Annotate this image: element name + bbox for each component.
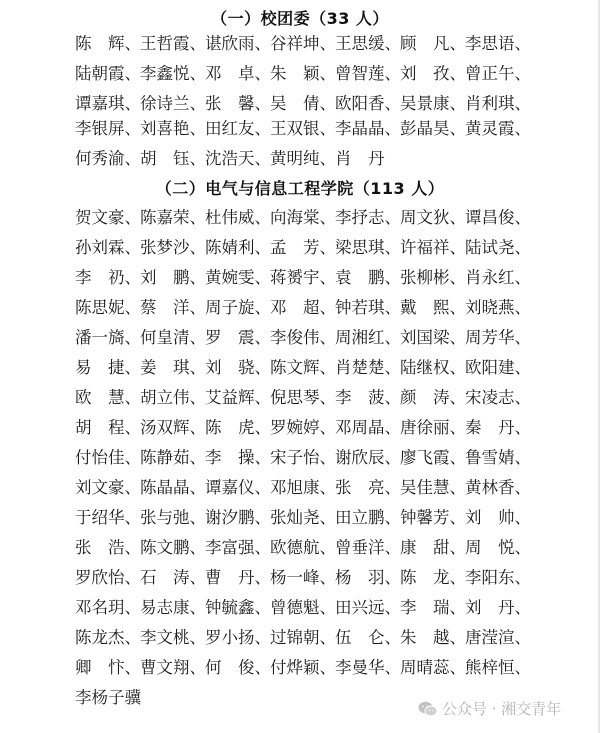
name-separator: 、 [320, 208, 337, 227]
name-separator: 、 [320, 328, 337, 347]
name-separator: 、 [190, 448, 207, 467]
person-name-text: 刘国梁 [400, 327, 450, 349]
name-separator: 、 [450, 358, 467, 377]
person-name: 朱颖、 [270, 63, 335, 85]
name-separator: 、 [190, 238, 207, 257]
person-name: 曾德魁、 [270, 597, 335, 619]
person-name-text: 钟毓鑫 [205, 597, 255, 619]
person-name: 刘喜艳、 [140, 118, 205, 140]
document-page: （一）校团委（33 人）陈辉、王哲霞、谌欣雨、谷祥坤、王思缓、顾凡、李思语、陆朝… [0, 0, 600, 733]
person-name: 周悦、 [465, 537, 530, 559]
name-separator: 、 [255, 298, 272, 317]
person-name-text: 沈浩天 [205, 148, 255, 170]
person-name: 陈嘉荣、 [140, 207, 205, 229]
name-separator: 、 [450, 119, 467, 138]
person-name: 黄明纯、 [270, 148, 335, 170]
person-name: 黄婉雯、 [205, 267, 270, 289]
name-separator: 、 [125, 358, 142, 377]
person-name: 潘一旖、 [75, 327, 140, 349]
person-name: 曹丹、 [205, 567, 270, 589]
person-name-text: 过锦朝 [270, 627, 320, 649]
person-name: 肖利琪、 [465, 93, 530, 115]
person-name: 过锦朝、 [270, 627, 335, 649]
name-row: 欧慧、胡立伟、艾益辉、倪思琴、李菠、颜涛、宋凌志、 [75, 387, 530, 409]
person-name: 陆继权、 [400, 357, 465, 379]
person-name: 钟馨芳、 [400, 507, 465, 529]
person-name: 田立鹏、 [335, 507, 400, 529]
person-name-text: 周悦 [465, 537, 515, 559]
person-name: 刘帅、 [465, 507, 530, 529]
name-separator: 、 [255, 418, 272, 437]
person-name-text: 肖丹 [335, 148, 385, 170]
person-name: 田红友、 [205, 118, 270, 140]
name-separator: 、 [190, 508, 207, 527]
person-name-text: 刘丹 [465, 597, 515, 619]
person-name-text: 姜琪 [140, 357, 190, 379]
name-separator: 、 [385, 448, 402, 467]
name-separator: 、 [385, 208, 402, 227]
name-separator: 、 [255, 628, 272, 647]
person-name-text: 李晶晶 [335, 118, 385, 140]
person-name: 陆朝霞、 [75, 63, 140, 85]
person-name-text: 邓旭康 [270, 477, 320, 499]
name-separator: 、 [385, 358, 402, 377]
person-name-text: 张柳彬 [400, 267, 450, 289]
name-row: 贺文豪、陈嘉荣、杜伟威、向海棠、李抒志、周文狄、谭昌俊、 [75, 207, 530, 229]
person-name: 陈龙、 [400, 567, 465, 589]
person-name-text: 钟若琪 [335, 297, 385, 319]
person-name-text: 梁思琪 [335, 237, 385, 259]
name-separator: 、 [125, 388, 142, 407]
name-separator: 、 [385, 119, 402, 138]
person-name-text: 邓超 [270, 297, 320, 319]
person-name: 钟若琪、 [335, 297, 400, 319]
name-separator: 、 [320, 598, 337, 617]
name-separator: 、 [515, 658, 532, 677]
name-separator: 、 [255, 358, 272, 377]
person-name: 杨一峰、 [270, 567, 335, 589]
person-name: 陈文辉、 [270, 357, 335, 379]
person-name-text: 鲁雪婧 [465, 447, 515, 469]
name-separator: 、 [125, 658, 142, 677]
person-name-text: 黄灵霞 [465, 118, 515, 140]
person-name-text: 刘文豪 [75, 477, 125, 499]
person-name: 吴景康、 [400, 93, 465, 115]
name-separator: 、 [255, 568, 272, 587]
person-name-text: 易捷 [75, 357, 125, 379]
name-separator: 、 [320, 298, 337, 317]
person-name-text: 周文狄 [400, 207, 450, 229]
name-separator: 、 [515, 538, 532, 557]
name-separator: 、 [385, 538, 402, 557]
person-name-text: 于绍华 [75, 507, 125, 529]
person-name-text: 蔡洋 [140, 297, 190, 319]
name-row: 孙刘霖、张梦沙、陈婧利、孟芳、梁思琪、许福祥、陆试尧、 [75, 237, 530, 259]
person-name-text: 曹丹 [205, 567, 255, 589]
name-separator: 、 [450, 328, 467, 347]
name-separator: 、 [515, 94, 532, 113]
name-separator: 、 [450, 628, 467, 647]
person-name: 谌欣雨、 [205, 33, 270, 55]
name-separator: 、 [125, 64, 142, 83]
person-name: 欧阳香、 [335, 93, 400, 115]
person-name: 李思语、 [465, 33, 530, 55]
person-name-text: 杨羽 [335, 567, 385, 589]
name-separator: 、 [190, 94, 207, 113]
person-name-text: 陈文辉 [270, 357, 320, 379]
person-name-text: 陈辉 [75, 33, 125, 55]
person-name: 曹文翔、 [140, 657, 205, 679]
person-name: 朱越、 [400, 627, 465, 649]
person-name-text: 欧阳建 [465, 357, 515, 379]
person-name-text: 罗震 [205, 327, 255, 349]
person-name-text: 何皇清 [140, 327, 190, 349]
person-name: 肖楚楚、 [335, 357, 400, 379]
person-name: 卿忭、 [75, 657, 140, 679]
name-separator: 、 [450, 34, 467, 53]
person-name: 刘鹏、 [140, 267, 205, 289]
name-separator: 、 [320, 388, 337, 407]
name-separator: 、 [125, 598, 142, 617]
name-separator: 、 [190, 268, 207, 287]
name-separator: 、 [385, 628, 402, 647]
person-name: 汤双辉、 [140, 417, 205, 439]
name-separator: 、 [320, 418, 337, 437]
name-separator: 、 [385, 508, 402, 527]
person-name-text: 周芳华 [465, 327, 515, 349]
person-name-text: 唐滢渲 [465, 627, 515, 649]
person-name-text: 何俊 [205, 657, 255, 679]
name-separator: 、 [125, 34, 142, 53]
name-separator: 、 [450, 508, 467, 527]
person-name-text: 蒋赟宇 [270, 267, 320, 289]
name-separator: 、 [515, 34, 532, 53]
name-separator: 、 [255, 64, 272, 83]
name-separator: 、 [385, 238, 402, 257]
name-separator: 、 [385, 64, 402, 83]
person-name-text: 钟馨芳 [400, 507, 450, 529]
name-separator: 、 [450, 448, 467, 467]
name-row: 卿忭、曹文翔、何俊、付烨颖、李曼华、周晴蕊、熊梓恒、 [75, 657, 530, 679]
name-separator: 、 [385, 658, 402, 677]
name-separator: 、 [450, 64, 467, 83]
person-name: 康甜、 [400, 537, 465, 559]
name-row: 邓名玥、易志康、钟毓鑫、曾德魁、田兴远、李瑞、刘丹、 [75, 597, 530, 619]
person-name-text: 孟芳 [270, 237, 320, 259]
name-separator: 、 [255, 508, 272, 527]
name-separator: 、 [515, 119, 532, 138]
name-separator: 、 [125, 119, 142, 138]
person-name-text: 王哲霞 [140, 33, 190, 55]
name-separator: 、 [255, 149, 272, 168]
person-name: 唐滢渲、 [465, 627, 530, 649]
person-name: 张浩、 [75, 537, 140, 559]
name-separator: 、 [320, 538, 337, 557]
person-name: 徐诗兰、 [140, 93, 205, 115]
person-name-text: 曹文翔 [140, 657, 190, 679]
person-name-text: 艾益辉 [205, 387, 255, 409]
name-separator: 、 [450, 538, 467, 557]
person-name-text: 欧慧 [75, 387, 125, 409]
person-name: 李银屏、 [75, 118, 140, 140]
person-name: 秦丹、 [465, 417, 530, 439]
person-name: 黄灵霞、 [465, 118, 530, 140]
person-name-text: 孙刘霖 [75, 237, 125, 259]
person-name: 李菠、 [335, 387, 400, 409]
name-separator: 、 [450, 478, 467, 497]
person-name: 许福祥、 [400, 237, 465, 259]
person-name: 谷祥坤、 [270, 33, 335, 55]
name-separator: 、 [125, 268, 142, 287]
person-name: 王哲霞、 [140, 33, 205, 55]
name-row: 李杨子骥 [75, 687, 140, 709]
person-name-text: 欧阳香 [335, 93, 385, 115]
name-separator: 、 [125, 238, 142, 257]
person-name-text: 肖利琪 [465, 93, 515, 115]
name-separator: 、 [450, 208, 467, 227]
person-name: 陈文鹏、 [140, 537, 205, 559]
person-name-text: 曾垂洋 [335, 537, 385, 559]
person-name: 付怡佳、 [75, 447, 140, 469]
person-name-text: 吴景康 [400, 93, 450, 115]
person-name-text: 潘一旖 [75, 327, 125, 349]
name-row: 付怡佳、陈静茹、李操、宋子怡、谢欣辰、廖飞霞、鲁雪婧、 [75, 447, 530, 469]
person-name-text: 刘孜 [400, 63, 450, 85]
name-separator: 、 [125, 298, 142, 317]
name-separator: 、 [515, 64, 532, 83]
name-row: 陈辉、王哲霞、谌欣雨、谷祥坤、王思缓、顾凡、李思语、 [75, 33, 530, 55]
name-row: 陈思妮、蔡洋、周子旋、邓超、钟若琪、戴熙、刘晓燕、 [75, 297, 530, 319]
person-name: 何俊、 [205, 657, 270, 679]
name-separator: 、 [385, 94, 402, 113]
person-name: 周芳华、 [465, 327, 530, 349]
name-separator: 、 [320, 149, 337, 168]
person-name-text: 罗婉婷 [270, 417, 320, 439]
person-name-text: 刘帅 [465, 507, 515, 529]
person-name-text: 曾德魁 [270, 597, 320, 619]
name-separator: 、 [385, 598, 402, 617]
person-name: 谢汐鹏、 [205, 507, 270, 529]
person-name-text: 肖永红 [465, 267, 515, 289]
person-name: 肖丹 [335, 148, 400, 170]
person-name: 李瑞、 [400, 597, 465, 619]
name-separator: 、 [255, 448, 272, 467]
person-name: 张与弛、 [140, 507, 205, 529]
person-name-text: 石涛 [140, 567, 190, 589]
person-name: 曾智莲、 [335, 63, 400, 85]
name-separator: 、 [515, 208, 532, 227]
person-name-text: 邓卓 [205, 63, 255, 85]
person-name-text: 陈嘉荣 [140, 207, 190, 229]
name-separator: 、 [385, 478, 402, 497]
name-separator: 、 [450, 418, 467, 437]
person-name: 石涛、 [140, 567, 205, 589]
person-name-text: 谢欣辰 [335, 447, 385, 469]
person-name: 谭嘉仪、 [205, 477, 270, 499]
name-separator: 、 [320, 268, 337, 287]
name-separator: 、 [255, 328, 272, 347]
name-separator: 、 [255, 268, 272, 287]
person-name-text: 朱颖 [270, 63, 320, 85]
person-name: 陈虎、 [205, 417, 270, 439]
person-name-text: 彭晶昊 [400, 118, 450, 140]
person-name-text: 吴倩 [270, 93, 320, 115]
person-name: 胡程、 [75, 417, 140, 439]
name-row: 李银屏、刘喜艳、田红友、王双银、李晶晶、彭晶昊、黄灵霞、 [75, 118, 530, 140]
person-name: 沈浩天、 [205, 148, 270, 170]
name-separator: 、 [190, 418, 207, 437]
person-name-text: 邓周晶 [335, 417, 385, 439]
name-separator: 、 [320, 478, 337, 497]
person-name: 刘晓燕、 [465, 297, 530, 319]
person-name-text: 王双银 [270, 118, 320, 140]
person-name: 黄林香、 [465, 477, 530, 499]
person-name-text: 欧德航 [270, 537, 320, 559]
person-name-text: 张浩 [75, 537, 125, 559]
person-name-text: 曾正午 [465, 63, 515, 85]
person-name-text: 李鑫悦 [140, 63, 190, 85]
person-name-text: 谷祥坤 [270, 33, 320, 55]
person-name: 李曼华、 [335, 657, 400, 679]
person-name: 李鑫悦、 [140, 63, 205, 85]
name-row: 何秀渝、胡钰、沈浩天、黄明纯、肖丹 [75, 148, 400, 170]
person-name-text: 何秀渝 [75, 148, 125, 170]
person-name: 胡立伟、 [140, 387, 205, 409]
name-row: 谭嘉琪、徐诗兰、张馨、吴倩、欧阳香、吴景康、肖利琪、 [75, 93, 530, 115]
person-name-text: 秦丹 [465, 417, 515, 439]
person-name-text: 李思语 [465, 33, 515, 55]
person-name: 袁鹏、 [335, 267, 400, 289]
name-separator: 、 [320, 658, 337, 677]
person-name-text: 陈静茹 [140, 447, 190, 469]
name-separator: 、 [515, 568, 532, 587]
person-name: 欧德航、 [270, 537, 335, 559]
person-name-text: 伍仑 [335, 627, 385, 649]
name-row: 李礽、刘鹏、黄婉雯、蒋赟宇、袁鹏、张柳彬、肖永红、 [75, 267, 530, 289]
person-name: 邓旭康、 [270, 477, 335, 499]
person-name: 张灿尧、 [270, 507, 335, 529]
person-name: 李俊伟、 [270, 327, 335, 349]
person-name-text: 周晴蕊 [400, 657, 450, 679]
name-separator: 、 [125, 508, 142, 527]
name-separator: 、 [125, 149, 142, 168]
name-separator: 、 [450, 94, 467, 113]
person-name: 周子旋、 [205, 297, 270, 319]
person-name-text: 黄明纯 [270, 148, 320, 170]
person-name-text: 刘喜艳 [140, 118, 190, 140]
person-name: 谭嘉琪、 [75, 93, 140, 115]
person-name: 何秀渝、 [75, 148, 140, 170]
person-name: 向海棠、 [270, 207, 335, 229]
person-name: 陆试尧、 [465, 237, 530, 259]
name-separator: 、 [515, 478, 532, 497]
person-name-text: 罗欣怡 [75, 567, 125, 589]
person-name-text: 王思缓 [335, 33, 385, 55]
person-name-text: 李文桃 [140, 627, 190, 649]
person-name: 梁思琪、 [335, 237, 400, 259]
person-name: 孙刘霖、 [75, 237, 140, 259]
person-name-text: 李曼华 [335, 657, 385, 679]
person-name: 杜伟威、 [205, 207, 270, 229]
name-separator: 、 [385, 418, 402, 437]
person-name: 刘丹、 [465, 597, 530, 619]
person-name: 罗小扬、 [205, 627, 270, 649]
person-name: 熊梓恒、 [465, 657, 530, 679]
name-separator: 、 [450, 658, 467, 677]
person-name: 刘国梁、 [400, 327, 465, 349]
person-name-text: 吴佳慧 [400, 477, 450, 499]
name-row: 张浩、陈文鹏、李富强、欧德航、曾垂洋、康甜、周悦、 [75, 537, 530, 559]
person-name: 张柳彬、 [400, 267, 465, 289]
person-name: 曾正午、 [465, 63, 530, 85]
person-name: 罗欣怡、 [75, 567, 140, 589]
person-name: 易捷、 [75, 357, 140, 379]
name-separator: 、 [320, 628, 337, 647]
person-name: 邓卓、 [205, 63, 270, 85]
name-separator: 、 [320, 119, 337, 138]
name-separator: 、 [125, 418, 142, 437]
person-name: 刘孜、 [400, 63, 465, 85]
person-name: 邓名玥、 [75, 597, 140, 619]
watermark-label: 公众号 · 湘交青年 [442, 698, 561, 719]
person-name-text: 刘晓燕 [465, 297, 515, 319]
name-separator: 、 [190, 358, 207, 377]
name-row: 陆朝霞、李鑫悦、邓卓、朱颖、曾智莲、刘孜、曾正午、 [75, 63, 530, 85]
person-name-text: 顾凡 [400, 33, 450, 55]
name-separator: 、 [125, 208, 142, 227]
person-name-text: 易志康 [140, 597, 190, 619]
name-separator: 、 [320, 94, 337, 113]
person-name: 李杨子骥 [75, 687, 140, 709]
person-name: 钟毓鑫、 [205, 597, 270, 619]
person-name-text: 谢汐鹏 [205, 507, 255, 529]
person-name: 易志康、 [140, 597, 205, 619]
person-name-text: 戴熙 [400, 297, 450, 319]
person-name: 张亮、 [335, 477, 400, 499]
name-row: 罗欣怡、石涛、曹丹、杨一峰、杨羽、陈龙、李阳东、 [75, 567, 530, 589]
person-name-text: 熊梓恒 [465, 657, 515, 679]
person-name: 刘文豪、 [75, 477, 140, 499]
person-name-text: 陈文鹏 [140, 537, 190, 559]
name-separator: 、 [385, 34, 402, 53]
person-name-text: 宋凌志 [465, 387, 515, 409]
name-separator: 、 [255, 598, 272, 617]
name-separator: 、 [125, 94, 142, 113]
person-name: 孟芳、 [270, 237, 335, 259]
person-name: 谭昌俊、 [465, 207, 530, 229]
person-name: 陈辉、 [75, 33, 140, 55]
person-name: 李富强、 [205, 537, 270, 559]
name-separator: 、 [125, 538, 142, 557]
person-name-text: 李银屏 [75, 118, 125, 140]
person-name-text: 刘骁 [205, 357, 255, 379]
person-name: 田兴远、 [335, 597, 400, 619]
name-separator: 、 [190, 64, 207, 83]
name-row: 潘一旖、何皇清、罗震、李俊伟、周湘红、刘国梁、周芳华、 [75, 327, 530, 349]
name-separator: 、 [320, 238, 337, 257]
name-separator: 、 [125, 478, 142, 497]
person-name: 邓超、 [270, 297, 335, 319]
person-name-text: 倪思琴 [270, 387, 320, 409]
person-name: 何皇清、 [140, 327, 205, 349]
person-name: 刘骁、 [205, 357, 270, 379]
person-name-text: 陈晶晶 [140, 477, 190, 499]
person-name-text: 陆朝霞 [75, 63, 125, 85]
person-name: 蔡洋、 [140, 297, 205, 319]
person-name: 艾益辉、 [205, 387, 270, 409]
name-separator: 、 [190, 149, 207, 168]
person-name-text: 卿忭 [75, 657, 125, 679]
